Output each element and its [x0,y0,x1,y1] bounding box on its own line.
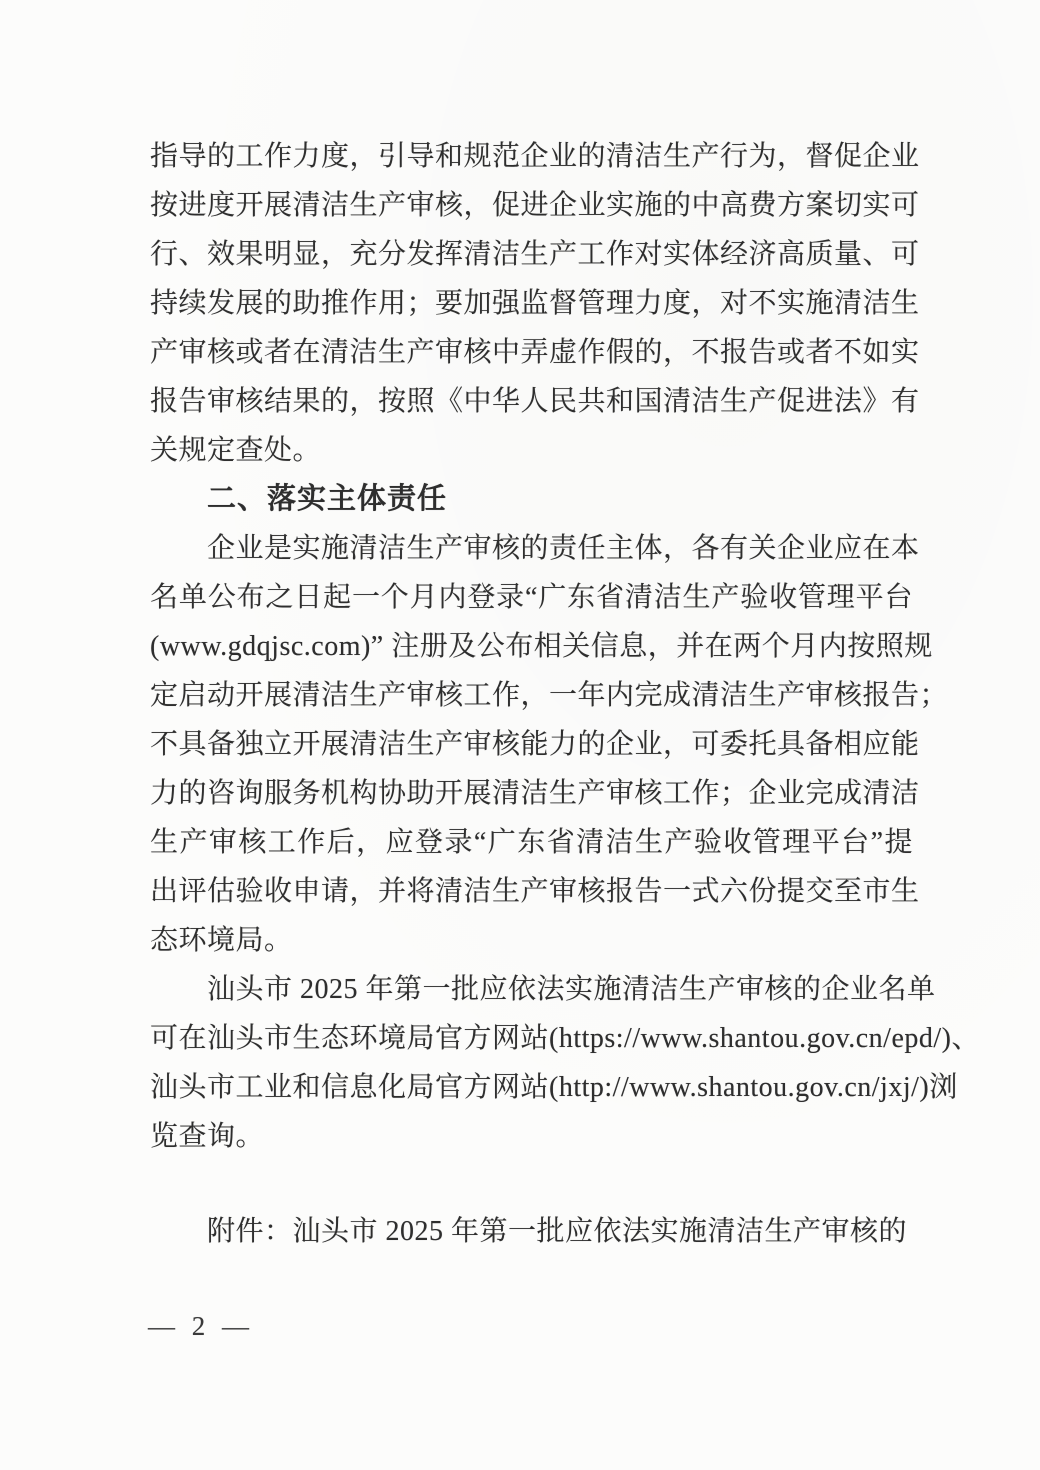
text-line: 出评估验收申请，并将清洁生产审核报告一式六份提交至市生 [150,867,913,916]
text-line: 可在汕头市生态环境局官方网站(https://www.shantou.gov.c… [150,1014,913,1063]
text-line: 不具备独立开展清洁生产审核能力的企业，可委托具备相应能 [150,720,913,769]
text-line: 指导的工作力度，引导和规范企业的清洁生产行为，督促企业 [150,132,913,181]
text-line: (www.gdqjsc.com)” 注册及公布相关信息，并在两个月内按照规 [150,622,913,671]
text-line: 名单公布之日起一个月内登录“广东省清洁生产验收管理平台 [150,573,913,622]
text-line: 企业是实施清洁生产审核的责任主体，各有关企业应在本 [150,524,913,573]
attachment-line: 附件：汕头市 2025 年第一批应依法实施清洁生产审核的 [150,1207,913,1256]
document-page: 指导的工作力度，引导和规范企业的清洁生产行为，督促企业按进度开展清洁生产审核，促… [0,0,1040,1470]
section-heading: 二、落实主体责任 [150,475,913,524]
text-line: 生产审核工作后，应登录“广东省清洁生产验收管理平台”提 [150,818,913,867]
text-line: 按进度开展清洁生产审核，促进企业实施的中高费方案切实可 [150,181,913,230]
text-line: 定启动开展清洁生产审核工作，一年内完成清洁生产审核报告； [150,671,913,720]
text-line: 持续发展的助推作用；要加强监督管理力度，对不实施清洁生 [150,279,913,328]
page-number-footer: — 2 — [148,1306,254,1346]
text-line: 态环境局。 [150,916,913,965]
text-line: 汕头市工业和信息化局官方网站(http://www.shantou.gov.cn… [150,1063,913,1112]
text-line: 览查询。 [150,1112,913,1161]
text-line: 力的咨询服务机构协助开展清洁生产审核工作；企业完成清洁 [150,769,913,818]
text-line: 产审核或者在清洁生产审核中弄虚作假的，不报告或者不如实 [150,328,913,377]
text-line: 行、效果明显，充分发挥清洁生产工作对实体经济高质量、可 [150,230,913,279]
text-line: 汕头市 2025 年第一批应依法实施清洁生产审核的企业名单 [150,965,913,1014]
text-lines: 指导的工作力度，引导和规范企业的清洁生产行为，督促企业按进度开展清洁生产审核，促… [150,132,913,1256]
text-line: 关规定查处。 [150,426,913,475]
text-line: 报告审核结果的，按照《中华人民共和国清洁生产促进法》有 [150,377,913,426]
